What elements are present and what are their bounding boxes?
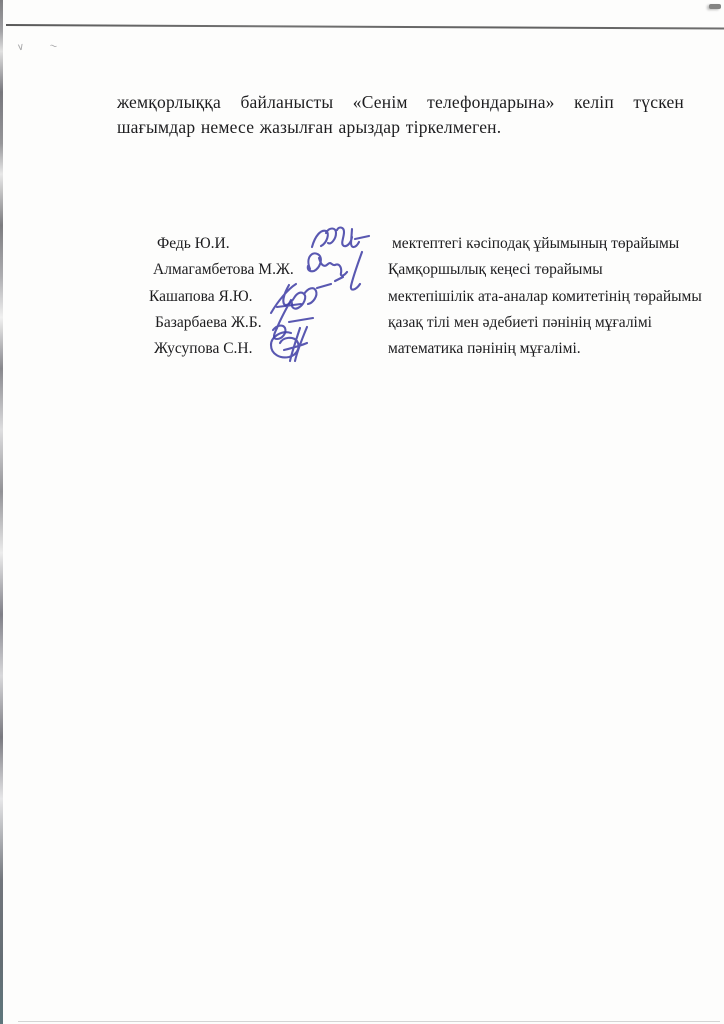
scan-corner-smudge (709, 4, 721, 9)
signatory-title: Қамқоршылық кеңесі төрайымы (388, 261, 603, 279)
signatory-row: Кашапова Я.Ю. мектепішілік ата-аналар ко… (0, 288, 724, 308)
signatory-title: мектептегі кәсіподақ ұйымының төрайымы (392, 235, 679, 253)
signatory-name: Базарбаева Ж.Б. (155, 314, 262, 332)
scan-left-edge-shadow (0, 0, 3, 1024)
body-paragraph: жемқорлыққа байланысты «Сенім телефондар… (117, 90, 684, 140)
signatory-title: мектепішілік ата-аналар комитетінің төра… (388, 288, 702, 306)
signatory-name: Жусупова С.Н. (154, 340, 253, 358)
scan-speck: ∼ (48, 41, 59, 53)
signatory-name: Кашапова Я.Ю. (149, 288, 253, 306)
signatory-name: Федь Ю.И. (157, 235, 230, 253)
ink-signatures-layer (0, 0, 724, 1024)
signatory-row: Федь Ю.И. мектептегі кәсіподақ ұйымының … (0, 235, 724, 255)
scan-bottom-edge-line (18, 1021, 720, 1022)
signatory-name: Алмагамбетова М.Ж. (153, 261, 294, 279)
signatory-row: Базарбаева Ж.Б. қазақ тілі мен әдебиеті … (0, 314, 724, 334)
scan-speck: ∨ (16, 43, 25, 54)
signatory-title: қазақ тілі мен әдебиеті пәнінің мұғалімі (388, 314, 652, 332)
scan-top-edge-line (6, 24, 724, 29)
signatory-row: Алмагамбетова М.Ж. Қамқоршылық кеңесі тө… (0, 261, 724, 281)
signatory-title: математика пәнінің мұғалімі. (388, 340, 581, 358)
signatory-row: Жусупова С.Н. математика пәнінің мұғалім… (0, 340, 724, 360)
document-page: ∨ ∼ · жемқорлыққа байланысты «Сенім теле… (0, 0, 724, 1024)
